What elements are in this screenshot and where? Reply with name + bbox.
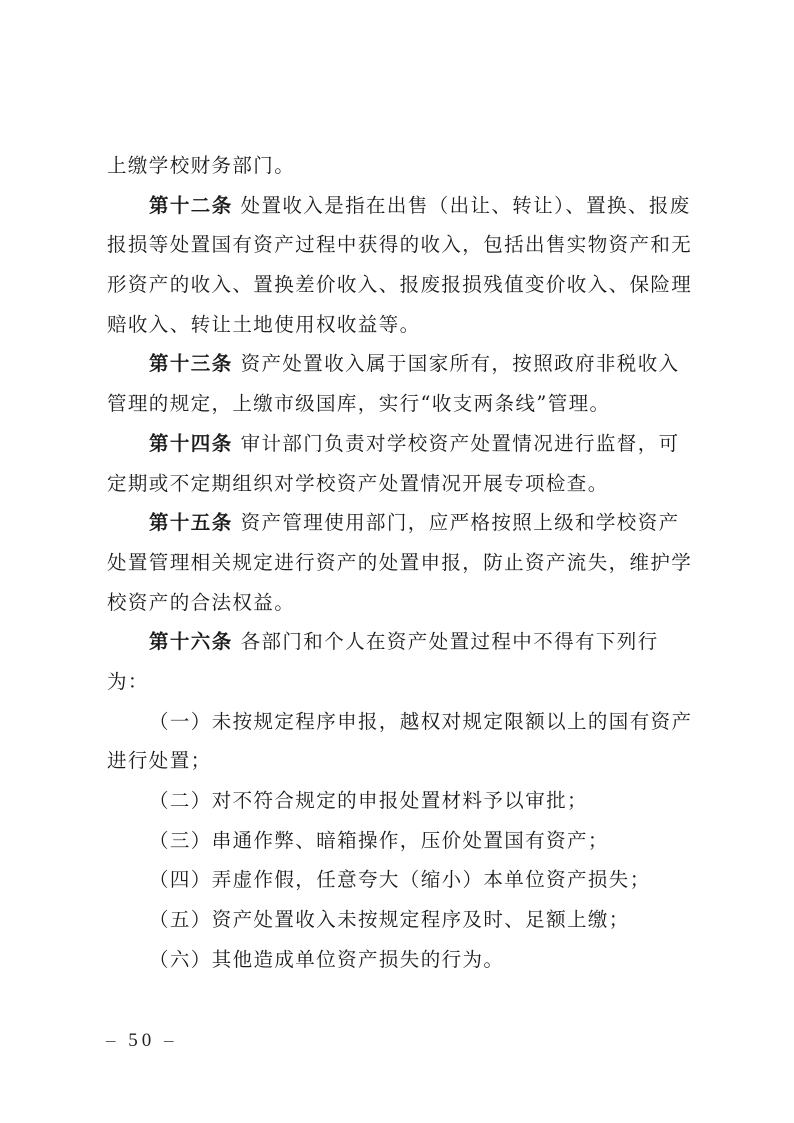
text-line: 定期或不定期组织对学校资产处置情况开展专项检查。 (107, 464, 697, 504)
text-line: 第十六条各部门和个人在资产处置过程中不得有下列行 (107, 622, 697, 662)
list-item: （一）未按规定程序申报，越权对规定限额以上的国有资产 (107, 702, 697, 742)
list-item: （六）其他造成单位资产损失的行为。 (107, 940, 697, 980)
line-text: （三）串通作弊、暗箱操作，压价处置国有资产； (149, 829, 609, 852)
line-text: 上缴学校财务部门。 (107, 154, 295, 177)
line-text: （四）弄虚作假，任意夸大（缩小）本单位资产损失； (149, 868, 651, 891)
text-line: 校资产的合法权益。 (107, 583, 697, 623)
line-text: （一）未按规定程序申报，越权对规定限额以上的国有资产 (149, 710, 692, 733)
line-text: 报损等处置国有资产过程中获得的收入，包括出售实物资产和无 (107, 233, 692, 256)
line-text: 校资产的合法权益。 (107, 591, 295, 614)
line-text: 进行处置； (107, 749, 212, 772)
page-number-value: 50 (128, 1030, 155, 1051)
article-number: 第十四条 (149, 432, 233, 455)
line-text: （六）其他造成单位资产损失的行为。 (149, 948, 504, 971)
line-text: 定期或不定期组织对学校资产处置情况开展专项检查。 (107, 472, 609, 495)
text-line: 进行处置； (107, 741, 697, 781)
text-line: 赔收入、转让土地使用权收益等。 (107, 305, 697, 345)
list-item: （三）串通作弊、暗箱操作，压价处置国有资产； (107, 821, 697, 861)
text-line: 形资产的收入、置换差价收入、报废报损残值变价收入、保险理 (107, 265, 697, 305)
article-number: 第十五条 (149, 511, 233, 534)
line-text: 审计部门负责对学校资产处置情况进行监督，可 (241, 432, 680, 455)
article-number: 第十六条 (149, 630, 233, 653)
page-number: – 50 – (106, 1030, 178, 1052)
line-text: 资产管理使用部门，应严格按照上级和学校资产 (241, 511, 680, 534)
line-text: （二）对不符合规定的申报处置材料予以审批； (149, 789, 588, 812)
line-text: 形资产的收入、置换差价收入、报废报损残值变价收入、保险理 (107, 273, 692, 296)
text-line: 第十二条处置收入是指在出售（出让、转让）、置换、报废 (107, 186, 697, 226)
line-text: 赔收入、转让土地使用权收益等。 (107, 313, 421, 336)
text-line: 第十三条资产处置收入属于国家所有，按照政府非税收入 (107, 344, 697, 384)
text-line: 报损等处置国有资产过程中获得的收入，包括出售实物资产和无 (107, 225, 697, 265)
article-number: 第十三条 (149, 352, 233, 375)
text-line: 第十四条审计部门负责对学校资产处置情况进行监督，可 (107, 424, 697, 464)
line-text: 各部门和个人在资产处置过程中不得有下列行 (241, 630, 659, 653)
text-line: 管理的规定，上缴市级国库，实行“收支两条线”管理。 (107, 384, 697, 424)
dash-left: – (106, 1030, 120, 1051)
dash-right: – (164, 1030, 178, 1051)
line-text: 管理的规定，上缴市级国库，实行“收支两条线”管理。 (107, 392, 610, 415)
text-line: 为： (107, 662, 697, 702)
text-line: 处置管理相关规定进行资产的处置申报，防止资产流失，维护学 (107, 543, 697, 583)
article-number: 第十二条 (149, 194, 233, 217)
text-line: 上缴学校财务部门。 (107, 146, 697, 186)
text-line: 第十五条资产管理使用部门，应严格按照上级和学校资产 (107, 503, 697, 543)
line-text: （五）资产处置收入未按规定程序及时、足额上缴； (149, 908, 630, 931)
line-text: 处置管理相关规定进行资产的处置申报，防止资产流失，维护学 (107, 551, 692, 574)
line-text: 为： (107, 670, 149, 693)
line-text: 资产处置收入属于国家所有，按照政府非税收入 (241, 352, 680, 375)
line-text: 处置收入是指在出售（出让、转让）、置换、报废 (241, 194, 691, 217)
list-item: （二）对不符合规定的申报处置材料予以审批； (107, 781, 697, 821)
list-item: （四）弄虚作假，任意夸大（缩小）本单位资产损失； (107, 860, 697, 900)
list-item: （五）资产处置收入未按规定程序及时、足额上缴； (107, 900, 697, 940)
document-body: 上缴学校财务部门。 第十二条处置收入是指在出售（出让、转让）、置换、报废 报损等… (107, 146, 697, 979)
